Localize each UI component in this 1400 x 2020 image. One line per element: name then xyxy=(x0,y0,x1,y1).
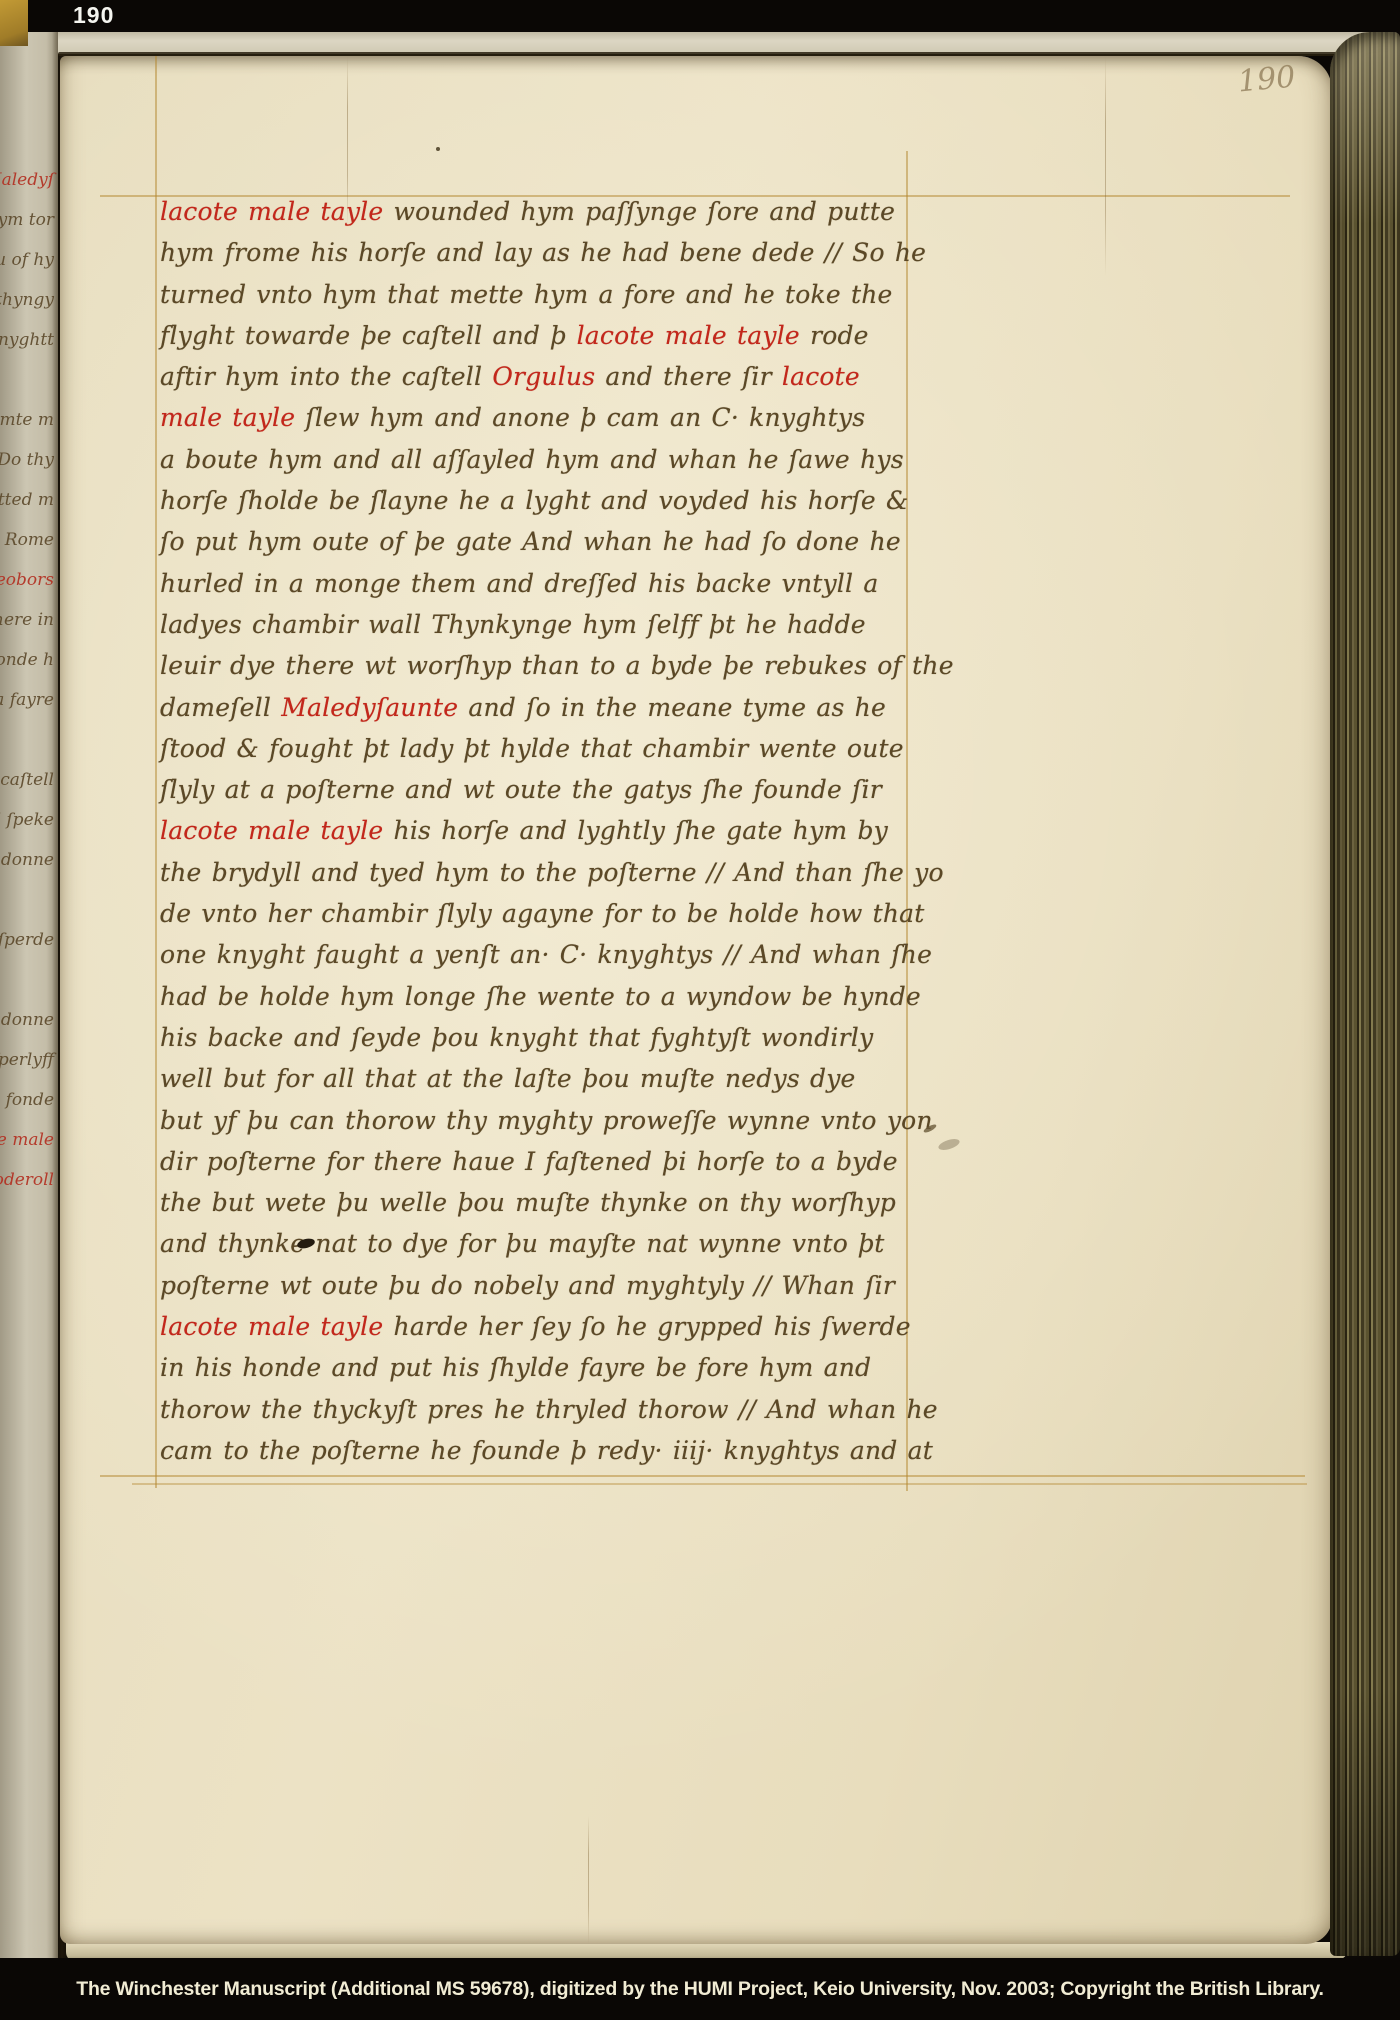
parchment-crease xyxy=(1105,56,1106,276)
ink-text: dameſell xyxy=(160,693,281,722)
page-number-label: 190 xyxy=(73,2,114,29)
manuscript-line: de vnto her chambir ſlyly agayne for to … xyxy=(160,899,940,940)
manuscript-line: turned vnto hym that mette hym a fore an… xyxy=(160,280,940,321)
facing-page-fragment-text: et a fayre xyxy=(0,690,54,710)
rubric-text: Maledyſaunte xyxy=(281,693,468,722)
facing-page-fragment-row: aptt fonde h xyxy=(0,640,58,680)
ink-text: the but wete þu welle þou muſte thynke o… xyxy=(160,1188,896,1217)
ink-text: ſtood & fought þt lady þt hylde that cha… xyxy=(160,734,904,763)
ink-text: ſlyly at a poſterne and wt oute the gaty… xyxy=(160,775,882,804)
manuscript-line: leuir dye there wt worſhyp than to a byd… xyxy=(160,651,940,692)
manuscript-line: flyght towarde þe caſtell and þ lacote m… xyxy=(160,321,940,362)
facing-page-edge: Maledyſde hym toray you of hyoto thyngye… xyxy=(0,30,58,1978)
ink-text: rode xyxy=(810,321,869,350)
manuscript-page: 190 lacote male tayle wounded hym paſſyn… xyxy=(60,56,1332,1944)
ink-text: flyght towarde þe caſtell and þ xyxy=(160,321,577,350)
facing-page-fragment-row: a þ Rome xyxy=(0,520,58,560)
ruled-line-bottom-double xyxy=(132,1483,1307,1485)
smudge xyxy=(937,1137,961,1152)
top-bar: 190 xyxy=(0,0,1400,32)
manuscript-line: ſtood & fought þt lady þt hylde that cha… xyxy=(160,734,940,775)
facing-page-fragment-row: a fuſto donne xyxy=(0,1000,58,1040)
manuscript-line: ſo put hym oute of þe gate And whan he h… xyxy=(160,527,940,568)
facing-page-fragment-row: ed fonde xyxy=(0,1080,58,1120)
manuscript-line: thorow the thyckyſt pres he thryled thor… xyxy=(160,1395,940,1436)
manuscript-line: one knyght faught a yenſt an· C· knyghty… xyxy=(160,940,940,981)
manuscript-line: aftir hym into the caſtell Orgulus and t… xyxy=(160,362,940,403)
facing-page-fragment-row: ucomitted m xyxy=(0,480,58,520)
manuscript-line: lacote male tayle his horſe and lyghtly … xyxy=(160,816,940,857)
manuscript-line: in his honde and put his ſhylde fayre be… xyxy=(160,1353,940,1394)
facing-page-blank-top xyxy=(0,30,58,160)
rubric-text: lacote male tayle xyxy=(160,1312,394,1341)
facing-page-fragment-row: e knyghtt xyxy=(0,320,58,360)
ink-text: hurled in a monge them and dreſſed his b… xyxy=(160,569,878,598)
rubric-text: lacote xyxy=(782,362,860,391)
page-top-edge xyxy=(58,30,1370,54)
manuscript-line: a boute hym and all aſſayled hym and wha… xyxy=(160,445,940,486)
facing-page-fragment-row xyxy=(0,960,58,1000)
ink-text: hym frome his horſe and lay as he had be… xyxy=(160,238,926,267)
facing-page-fragment-text: y ſperde xyxy=(0,930,54,950)
ink-text: had be holde hym longe ſhe wente to a wy… xyxy=(160,982,921,1011)
facing-page-fragment-row: y ſperlyff xyxy=(0,1040,58,1080)
manuscript-line: the but wete þu welle þou muſte thynke o… xyxy=(160,1188,940,1229)
ink-text: aftir hym into the caſtell xyxy=(160,362,492,391)
ink-text: his backe and ſeyde þou knyght that fygh… xyxy=(160,1023,873,1052)
ink-text: in his honde and put his ſhylde fayre be… xyxy=(160,1353,871,1382)
ink-text: ſo put hym oute of þe gate And whan he h… xyxy=(160,527,901,556)
ink-text: poſterne wt oute þu do nobely and myghty… xyxy=(160,1271,895,1300)
manuscript-line: and thynke nat to dye for þu mayſte nat … xyxy=(160,1229,940,1270)
facing-page-fragment-text: ed fonde xyxy=(0,1090,54,1110)
ink-text: ladyes chambir wall Thynkynge hym ſelff … xyxy=(160,610,866,639)
manuscript-line: hurled in a monge them and dreſſed his b… xyxy=(160,569,940,610)
facing-page-fragment-text: ld ſpeke xyxy=(0,810,54,830)
facing-page-fragment-row: Maledyſ xyxy=(0,160,58,200)
manuscript-text: lacote male tayle wounded hym paſſynge ſ… xyxy=(160,197,940,1477)
ink-text: and ſo in the meane tyme as he xyxy=(468,693,886,722)
manuscript-line: well but for all that at the laſte þou m… xyxy=(160,1064,940,1105)
facing-page-fragment-text: de hym tor xyxy=(0,210,54,230)
facing-page-fragment-row: e þ here in xyxy=(0,600,58,640)
ink-text: and there ſir xyxy=(605,362,782,391)
facing-page-fragment-text: I comte m xyxy=(0,410,54,430)
ink-text: wounded hym paſſynge ſore and putte xyxy=(394,197,896,226)
ink-speck xyxy=(436,147,440,151)
facing-page-fragment-row: ps of caſtell xyxy=(0,760,58,800)
manuscript-line: but yf þu can thorow thy myghty proweſſe… xyxy=(160,1106,940,1147)
ink-text: well but for all that at the laſte þou m… xyxy=(160,1064,856,1093)
facing-page-fragment-row: ffyrſt donne xyxy=(0,840,58,880)
facing-page-fragment-row: leobors xyxy=(0,560,58,600)
ink-text: dir poſterne for there haue I faſtened þ… xyxy=(160,1147,898,1176)
caption-text: The Winchester Manuscript (Additional MS… xyxy=(76,1978,1324,2001)
manuscript-line: the brydyll and tyed hym to the poſterne… xyxy=(160,858,940,899)
manuscript-line: dameſell Maledyſaunte and ſo in the mean… xyxy=(160,693,940,734)
facing-page-fragment-text: y ſperlyff xyxy=(0,1050,54,1070)
ink-text: a boute hym and all aſſayled hym and wha… xyxy=(160,445,904,474)
facing-page-fragment-text: e þ here in xyxy=(0,610,54,630)
ink-text: the brydyll and tyed hym to the poſterne… xyxy=(160,858,944,887)
facing-page-fragment-row: ay you of hy xyxy=(0,240,58,280)
rubric-text: lacote male tayle xyxy=(577,321,811,350)
facing-page-fragment-text: e knyghtt xyxy=(0,330,54,350)
facing-page-fragment-row xyxy=(0,880,58,920)
rubric-text: lacote male tayle xyxy=(160,816,394,845)
facing-page-fragment-text: ld cate male xyxy=(0,1130,54,1150)
manuscript-line: hym frome his horſe and lay as he had be… xyxy=(160,238,940,279)
manuscript-line: male tayle ſlew hym and anone þ cam an C… xyxy=(160,403,940,444)
facing-page-fragment-text: y Do thy xyxy=(0,450,54,470)
facing-page-fragment-row: de hym tor xyxy=(0,200,58,240)
facing-page-fragment-row: y Do thy xyxy=(0,440,58,480)
facing-page-fragment-text: ffyrſt donne xyxy=(0,850,54,870)
ink-text: harde her ſey ſo he grypped his ſwerde xyxy=(394,1312,911,1341)
caption-bar: The Winchester Manuscript (Additional MS… xyxy=(0,1958,1400,2020)
facing-page-fragment-text: oto thyngy xyxy=(0,290,54,310)
manuscript-line: ladyes chambir wall Thynkynge hym ſelff … xyxy=(160,610,940,651)
rubric-text: Orgulus xyxy=(492,362,605,391)
facing-page-fragment-text: Maledyſ xyxy=(0,170,54,190)
facing-page-fragment-row xyxy=(0,360,58,400)
manuscript-line: lacote male tayle harde her ſey ſo he gr… xyxy=(160,1312,940,1353)
table-corner-patch xyxy=(0,0,28,46)
manuscript-line: poſterne wt oute þu do nobely and myghty… xyxy=(160,1271,940,1312)
parchment-crease xyxy=(588,1816,589,1944)
ink-text: thorow the thyckyſt pres he thryled thor… xyxy=(160,1395,938,1424)
ink-text: ſlew hym and anone þ cam an C· knyghtys xyxy=(305,403,865,432)
facing-page-fragment-text: ps of caſtell xyxy=(0,770,54,790)
facing-page-fragment-text: aptt fonde h xyxy=(0,650,54,670)
manuscript-line: lacote male tayle wounded hym paſſynge ſ… xyxy=(160,197,940,238)
manuscript-photo: Maledyſde hym toray you of hyoto thyngye… xyxy=(0,0,1400,2020)
facing-page-fragment-row: ld cate male xyxy=(0,1120,58,1160)
ink-text: de vnto her chambir ſlyly agayne for to … xyxy=(160,899,925,928)
facing-page-fragment-row: et a fayre xyxy=(0,680,58,720)
facing-page-fragment-text: a þ Rome xyxy=(0,530,54,550)
ink-text: his horſe and lyghtly ſhe gate hym by xyxy=(394,816,888,845)
facing-page-fragment-row: oto thyngy xyxy=(0,280,58,320)
facing-page-fragments: Maledyſde hym toray you of hyoto thyngye… xyxy=(0,160,58,1200)
ink-text: and thynke nat to dye for þu mayſte nat … xyxy=(160,1229,885,1258)
manuscript-line: had be holde hym longe ſhe wente to a wy… xyxy=(160,982,940,1023)
facing-page-fragment-row: y gooderoll xyxy=(0,1160,58,1200)
manuscript-line: ſlyly at a poſterne and wt oute the gaty… xyxy=(160,775,940,816)
ruled-line-left-margin xyxy=(155,56,157,1488)
manuscript-line: horſe ſholde be ſlayne he a lyght and vo… xyxy=(160,486,940,527)
ink-text: leuir dye there wt worſhyp than to a byd… xyxy=(160,651,954,680)
page-stack-edge xyxy=(1330,32,1400,1956)
facing-page-fragment-row: y ſperde xyxy=(0,920,58,960)
facing-page-fragment-text: ucomitted m xyxy=(0,490,54,510)
manuscript-line: cam to the poſterne he founde þ redy· ii… xyxy=(160,1436,940,1477)
facing-page-fragment-row: I comte m xyxy=(0,400,58,440)
ink-text: horſe ſholde be ſlayne he a lyght and vo… xyxy=(160,486,908,515)
ink-text: one knyght faught a yenſt an· C· knyghty… xyxy=(160,940,932,969)
facing-page-fragment-text: ay you of hy xyxy=(0,250,54,270)
facing-page-fragment-row xyxy=(0,720,58,760)
rubric-text: male tayle xyxy=(160,403,305,432)
facing-page-fragment-text: a fuſto donne xyxy=(0,1010,54,1030)
facing-page-fragment-text: y gooderoll xyxy=(0,1170,54,1190)
manuscript-line: dir poſterne for there haue I faſtened þ… xyxy=(160,1147,940,1188)
facing-page-fragment-text: leobors xyxy=(0,570,54,590)
ink-text: but yf þu can thorow thy myghty proweſſe… xyxy=(160,1106,933,1135)
rubric-text: lacote male tayle xyxy=(160,197,394,226)
manuscript-line: his backe and ſeyde þou knyght that fygh… xyxy=(160,1023,940,1064)
ink-text: cam to the poſterne he founde þ redy· ii… xyxy=(160,1436,933,1465)
folio-number: 190 xyxy=(1237,60,1297,100)
ink-text: turned vnto hym that mette hym a fore an… xyxy=(160,280,893,309)
facing-page-fragment-row: ld ſpeke xyxy=(0,800,58,840)
